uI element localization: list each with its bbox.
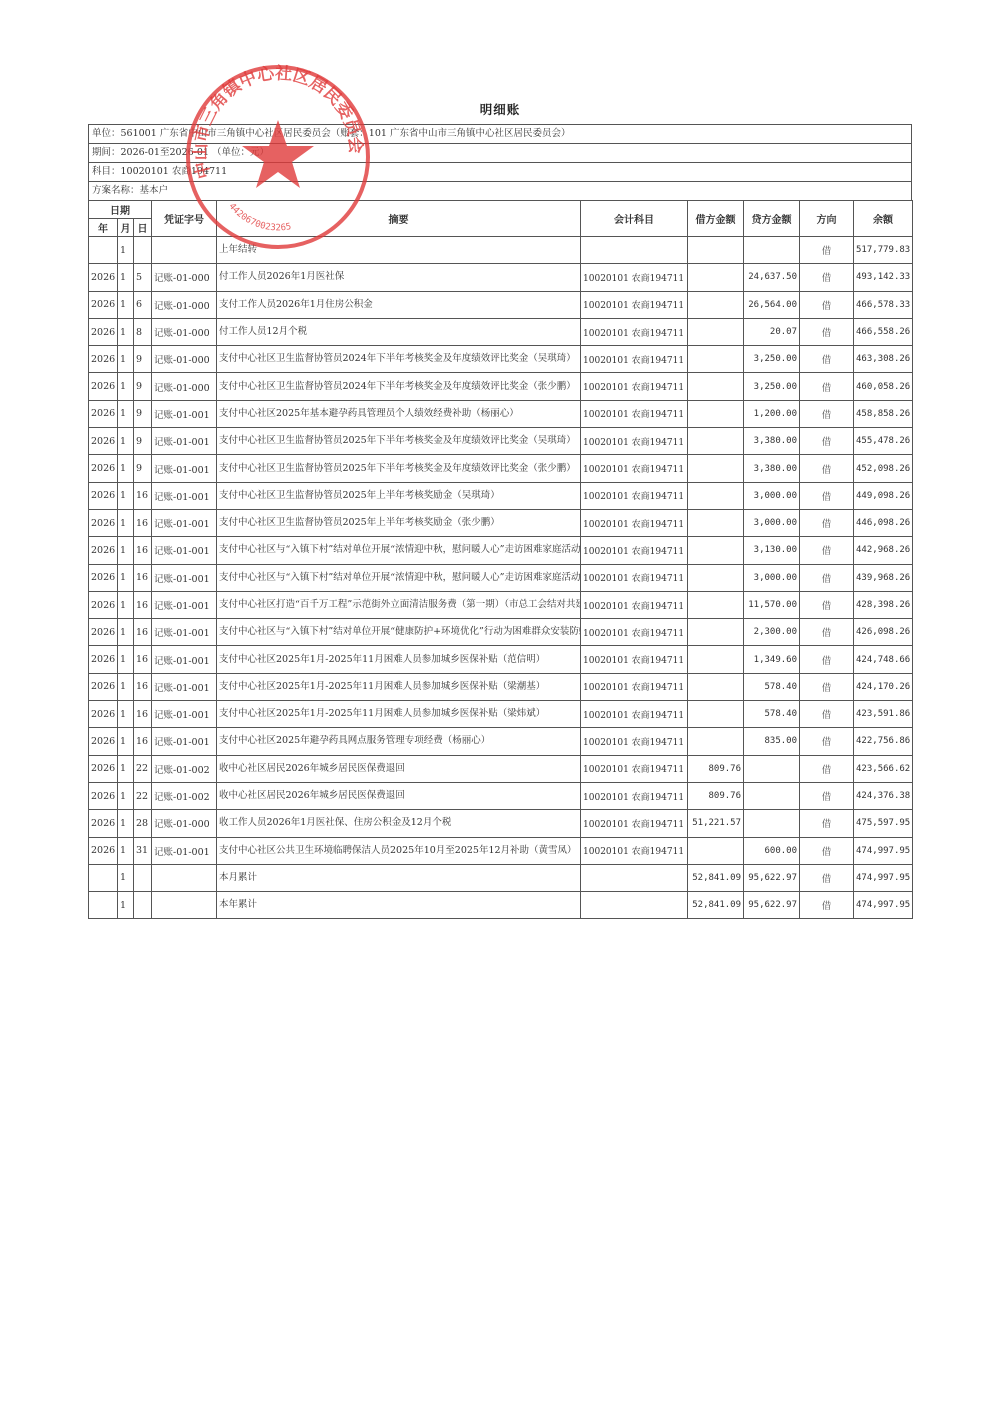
cell-day: 22 xyxy=(134,782,152,809)
cell-month: 1 xyxy=(118,509,134,536)
cell-balance: 439,968.26 xyxy=(854,564,913,591)
header-day: 日 xyxy=(134,219,152,237)
table-row: 202619记账-01-001支付中心社区卫生监督协管员2025年下半年考核奖金… xyxy=(89,455,913,482)
cell-credit: 3,250.00 xyxy=(744,373,800,400)
cell-direction: 借 xyxy=(800,864,854,891)
cell-day: 16 xyxy=(134,701,152,728)
cell-summary: 本月累计 xyxy=(217,864,581,891)
table-row: 2026116记账-01-001支付中心社区2025年1月-2025年11月困难… xyxy=(89,646,913,673)
header-date: 日期 xyxy=(89,201,152,219)
cell-day: 16 xyxy=(134,673,152,700)
cell-month: 1 xyxy=(118,346,134,373)
cell-day: 8 xyxy=(134,318,152,345)
cell-direction: 借 xyxy=(800,373,854,400)
header-summary: 摘要 xyxy=(217,201,581,237)
cell-direction: 借 xyxy=(800,673,854,700)
cell-month: 1 xyxy=(118,537,134,564)
cell-year xyxy=(89,864,118,891)
cell-credit: 2,300.00 xyxy=(744,619,800,646)
cell-day: 31 xyxy=(134,837,152,864)
cell-month: 1 xyxy=(118,646,134,673)
cell-credit: 95,622.97 xyxy=(744,892,800,919)
cell-month: 1 xyxy=(118,264,134,291)
cell-account: 10020101 农商194711 xyxy=(581,264,688,291)
cell-account: 10020101 农商194711 xyxy=(581,400,688,427)
unit-info: 单位：561001 广东省中山市三角镇中心社区居民委员会（账套：101 广东省中… xyxy=(88,124,912,143)
cell-account: 10020101 农商194711 xyxy=(581,728,688,755)
cell-debit: 809.76 xyxy=(688,755,744,782)
cell-credit: 578.40 xyxy=(744,701,800,728)
cell-year: 2026 xyxy=(89,837,118,864)
cell-month: 1 xyxy=(118,318,134,345)
cell-account: 10020101 农商194711 xyxy=(581,810,688,837)
cell-balance: 463,308.26 xyxy=(854,346,913,373)
cell-credit xyxy=(744,810,800,837)
cell-summary: 付工作人员12月个税 xyxy=(217,318,581,345)
cell-year: 2026 xyxy=(89,755,118,782)
header-year: 年 xyxy=(89,219,118,237)
table-row: 1本年累计52,841.0995,622.97借474,997.95 xyxy=(89,892,913,919)
cell-summary: 支付中心社区与“入镇下村”结对单位开展“浓情迎中秋，慰问暖人心”走访困难家庭活动… xyxy=(217,564,581,591)
cell-month: 1 xyxy=(118,755,134,782)
cell-month: 1 xyxy=(118,782,134,809)
cell-voucher: 记账-01-002 xyxy=(152,755,217,782)
cell-credit xyxy=(744,782,800,809)
cell-direction: 借 xyxy=(800,482,854,509)
cell-account: 10020101 农商194711 xyxy=(581,782,688,809)
header-balance: 余额 xyxy=(854,201,913,237)
cell-month: 1 xyxy=(118,591,134,618)
header-month: 月 xyxy=(118,219,134,237)
cell-balance: 517,779.83 xyxy=(854,237,913,264)
cell-day: 9 xyxy=(134,346,152,373)
cell-account: 10020101 农商194711 xyxy=(581,646,688,673)
cell-credit: 26,564.00 xyxy=(744,291,800,318)
cell-year: 2026 xyxy=(89,619,118,646)
table-row: 202619记账-01-000支付中心社区卫生监督协管员2024年下半年考核奖金… xyxy=(89,346,913,373)
cell-balance: 423,591.86 xyxy=(854,701,913,728)
cell-year: 2026 xyxy=(89,482,118,509)
cell-day xyxy=(134,892,152,919)
cell-month: 1 xyxy=(118,400,134,427)
table-row: 2026116记账-01-001支付中心社区与“入镇下村”结对单位开展“健康防护… xyxy=(89,619,913,646)
cell-direction: 借 xyxy=(800,564,854,591)
header-account: 会计科目 xyxy=(581,201,688,237)
cell-voucher: 记账-01-001 xyxy=(152,837,217,864)
cell-day: 16 xyxy=(134,646,152,673)
cell-direction: 借 xyxy=(800,755,854,782)
cell-account: 10020101 农商194711 xyxy=(581,564,688,591)
cell-summary: 支付中心社区2025年避孕药具网点服务管理专项经费（杨丽心） xyxy=(217,728,581,755)
ledger-table: 日期 凭证字号 摘要 会计科目 借方金额 贷方金额 方向 余额 年 月 日 1上… xyxy=(88,200,913,919)
cell-account: 10020101 农商194711 xyxy=(581,428,688,455)
cell-direction: 借 xyxy=(800,400,854,427)
cell-direction: 借 xyxy=(800,291,854,318)
cell-month: 1 xyxy=(118,673,134,700)
cell-day: 9 xyxy=(134,400,152,427)
cell-voucher: 记账-01-001 xyxy=(152,619,217,646)
cell-debit xyxy=(688,373,744,400)
cell-debit: 51,221.57 xyxy=(688,810,744,837)
cell-voucher: 记账-01-001 xyxy=(152,455,217,482)
cell-summary: 本年累计 xyxy=(217,892,581,919)
cell-debit xyxy=(688,673,744,700)
table-row: 2026116记账-01-001支付中心社区与“入镇下村”结对单位开展“浓情迎中… xyxy=(89,564,913,591)
cell-month: 1 xyxy=(118,291,134,318)
table-row: 1本月累计52,841.0995,622.97借474,997.95 xyxy=(89,864,913,891)
cell-account xyxy=(581,892,688,919)
cell-summary: 支付中心社区公共卫生环境临聘保洁人员2025年10月至2025年12月补助（黄雪… xyxy=(217,837,581,864)
cell-summary: 支付中心社区与“入镇下村”结对单位开展“浓情迎中秋，慰问暖人心”走访困难家庭活动… xyxy=(217,537,581,564)
cell-balance: 452,098.26 xyxy=(854,455,913,482)
cell-credit: 835.00 xyxy=(744,728,800,755)
cell-voucher: 记账-01-000 xyxy=(152,264,217,291)
cell-credit: 1,200.00 xyxy=(744,400,800,427)
cell-account: 10020101 农商194711 xyxy=(581,291,688,318)
header-voucher: 凭证字号 xyxy=(152,201,217,237)
cell-credit: 1,349.60 xyxy=(744,646,800,673)
cell-debit xyxy=(688,428,744,455)
cell-direction: 借 xyxy=(800,701,854,728)
cell-credit: 3,000.00 xyxy=(744,509,800,536)
cell-day: 6 xyxy=(134,291,152,318)
cell-debit xyxy=(688,264,744,291)
cell-credit: 3,130.00 xyxy=(744,537,800,564)
cell-day: 16 xyxy=(134,728,152,755)
cell-account: 10020101 农商194711 xyxy=(581,755,688,782)
cell-year: 2026 xyxy=(89,673,118,700)
table-row: 2026116记账-01-001支付中心社区2025年避孕药具网点服务管理专项经… xyxy=(89,728,913,755)
cell-direction: 借 xyxy=(800,318,854,345)
cell-direction: 借 xyxy=(800,782,854,809)
cell-balance: 424,170.26 xyxy=(854,673,913,700)
cell-direction: 借 xyxy=(800,646,854,673)
cell-debit xyxy=(688,837,744,864)
table-row: 2026116记账-01-001支付中心社区打造“百千万工程”示范街外立面清洁服… xyxy=(89,591,913,618)
ledger-sheet: 单位：561001 广东省中山市三角镇中心社区居民委员会（账套：101 广东省中… xyxy=(88,124,912,919)
cell-direction: 借 xyxy=(800,428,854,455)
header-direction: 方向 xyxy=(800,201,854,237)
cell-year: 2026 xyxy=(89,701,118,728)
header-credit: 贷方金额 xyxy=(744,201,800,237)
scheme-info: 方案名称：基本户 xyxy=(88,181,912,200)
cell-month: 1 xyxy=(118,455,134,482)
cell-debit xyxy=(688,728,744,755)
header-debit: 借方金额 xyxy=(688,201,744,237)
cell-summary: 支付中心社区卫生监督协管员2025年上半年考核奖励金（张少鹏） xyxy=(217,509,581,536)
cell-year: 2026 xyxy=(89,346,118,373)
cell-year: 2026 xyxy=(89,291,118,318)
cell-balance: 449,098.26 xyxy=(854,482,913,509)
cell-account: 10020101 农商194711 xyxy=(581,837,688,864)
cell-balance: 460,058.26 xyxy=(854,373,913,400)
cell-balance: 426,098.26 xyxy=(854,619,913,646)
subject-info: 科目：10020101 农商194711 xyxy=(88,162,912,181)
cell-day: 28 xyxy=(134,810,152,837)
cell-balance: 493,142.33 xyxy=(854,264,913,291)
cell-voucher: 记账-01-001 xyxy=(152,591,217,618)
cell-debit xyxy=(688,619,744,646)
cell-account xyxy=(581,237,688,264)
table-row: 2026116记账-01-001支付中心社区卫生监督协管员2025年上半年考核奖… xyxy=(89,482,913,509)
cell-balance: 446,098.26 xyxy=(854,509,913,536)
cell-debit xyxy=(688,291,744,318)
cell-year: 2026 xyxy=(89,509,118,536)
cell-debit: 52,841.09 xyxy=(688,864,744,891)
cell-voucher: 记账-01-001 xyxy=(152,509,217,536)
cell-day xyxy=(134,864,152,891)
cell-voucher: 记账-01-001 xyxy=(152,673,217,700)
cell-voucher: 记账-01-000 xyxy=(152,810,217,837)
cell-account: 10020101 农商194711 xyxy=(581,373,688,400)
cell-account: 10020101 农商194711 xyxy=(581,509,688,536)
cell-account: 10020101 农商194711 xyxy=(581,455,688,482)
cell-debit xyxy=(688,509,744,536)
cell-summary: 支付中心社区卫生监督协管员2024年下半年考核奖金及年度绩效评比奖金（张少鹏） xyxy=(217,373,581,400)
cell-day: 16 xyxy=(134,564,152,591)
cell-debit xyxy=(688,455,744,482)
cell-year: 2026 xyxy=(89,537,118,564)
cell-day: 16 xyxy=(134,591,152,618)
cell-debit xyxy=(688,646,744,673)
cell-year xyxy=(89,892,118,919)
cell-month: 1 xyxy=(118,619,134,646)
cell-year: 2026 xyxy=(89,564,118,591)
cell-voucher: 记账-01-001 xyxy=(152,482,217,509)
cell-summary: 支付中心社区卫生监督协管员2025年下半年考核奖金及年度绩效评比奖金（张少鹏） xyxy=(217,455,581,482)
cell-balance: 455,478.26 xyxy=(854,428,913,455)
cell-month: 1 xyxy=(118,564,134,591)
cell-debit xyxy=(688,346,744,373)
cell-balance: 424,376.38 xyxy=(854,782,913,809)
cell-year: 2026 xyxy=(89,455,118,482)
table-row: 2026116记账-01-001支付中心社区卫生监督协管员2025年上半年考核奖… xyxy=(89,509,913,536)
table-row: 2026131记账-01-001支付中心社区公共卫生环境临聘保洁人员2025年1… xyxy=(89,837,913,864)
cell-voucher: 记账-01-001 xyxy=(152,537,217,564)
cell-direction: 借 xyxy=(800,837,854,864)
cell-voucher: 记账-01-001 xyxy=(152,646,217,673)
cell-balance: 474,997.95 xyxy=(854,864,913,891)
period-info: 期间：2026-01至2026-01 （单位：元） xyxy=(88,143,912,162)
cell-debit xyxy=(688,701,744,728)
cell-balance: 466,578.33 xyxy=(854,291,913,318)
cell-month: 1 xyxy=(118,373,134,400)
table-row: 2026116记账-01-001支付中心社区2025年1月-2025年11月困难… xyxy=(89,673,913,700)
cell-voucher: 记账-01-000 xyxy=(152,346,217,373)
cell-credit: 578.40 xyxy=(744,673,800,700)
cell-month: 1 xyxy=(118,810,134,837)
cell-year: 2026 xyxy=(89,591,118,618)
cell-summary: 支付中心社区打造“百千万工程”示范街外立面清洁服务费（第一期）（市总工会结对共建… xyxy=(217,591,581,618)
cell-day: 16 xyxy=(134,537,152,564)
cell-debit xyxy=(688,237,744,264)
cell-credit: 24,637.50 xyxy=(744,264,800,291)
cell-voucher: 记账-01-000 xyxy=(152,291,217,318)
cell-direction: 借 xyxy=(800,346,854,373)
table-row: 202619记账-01-001支付中心社区卫生监督协管员2025年下半年考核奖金… xyxy=(89,428,913,455)
table-row: 2026116记账-01-001支付中心社区与“入镇下村”结对单位开展“浓情迎中… xyxy=(89,537,913,564)
cell-balance: 428,398.26 xyxy=(854,591,913,618)
ledger-body: 1上年结转借517,779.83202615记账-01-000付工作人员2026… xyxy=(89,237,913,919)
cell-credit: 600.00 xyxy=(744,837,800,864)
cell-direction: 借 xyxy=(800,810,854,837)
cell-voucher: 记账-01-001 xyxy=(152,564,217,591)
cell-summary: 收中心社区居民2026年城乡居民医保费退回 xyxy=(217,755,581,782)
cell-day: 9 xyxy=(134,373,152,400)
cell-year: 2026 xyxy=(89,373,118,400)
cell-balance: 458,858.26 xyxy=(854,400,913,427)
cell-direction: 借 xyxy=(800,455,854,482)
cell-direction: 借 xyxy=(800,591,854,618)
cell-direction: 借 xyxy=(800,892,854,919)
cell-summary: 支付中心社区卫生监督协管员2025年下半年考核奖金及年度绩效评比奖金（吴琪琦） xyxy=(217,428,581,455)
cell-credit: 11,570.00 xyxy=(744,591,800,618)
cell-account: 10020101 农商194711 xyxy=(581,318,688,345)
table-row: 2026116记账-01-001支付中心社区2025年1月-2025年11月困难… xyxy=(89,701,913,728)
cell-day: 9 xyxy=(134,428,152,455)
cell-account: 10020101 农商194711 xyxy=(581,701,688,728)
cell-balance: 442,968.26 xyxy=(854,537,913,564)
cell-balance: 423,566.62 xyxy=(854,755,913,782)
cell-month: 1 xyxy=(118,701,134,728)
cell-debit xyxy=(688,564,744,591)
cell-voucher xyxy=(152,864,217,891)
cell-month: 1 xyxy=(118,237,134,264)
cell-direction: 借 xyxy=(800,264,854,291)
cell-year: 2026 xyxy=(89,318,118,345)
cell-day xyxy=(134,237,152,264)
cell-day: 9 xyxy=(134,455,152,482)
table-row: 2026122记账-01-002收中心社区居民2026年城乡居民医保费退回100… xyxy=(89,755,913,782)
cell-credit: 3,380.00 xyxy=(744,428,800,455)
cell-month: 1 xyxy=(118,482,134,509)
table-row: 202618记账-01-000付工作人员12月个税10020101 农商1947… xyxy=(89,318,913,345)
cell-day: 16 xyxy=(134,482,152,509)
cell-voucher: 记账-01-001 xyxy=(152,428,217,455)
table-row: 1上年结转借517,779.83 xyxy=(89,237,913,264)
cell-debit xyxy=(688,482,744,509)
cell-voucher: 记账-01-001 xyxy=(152,728,217,755)
cell-summary: 支付中心社区卫生监督协管员2025年上半年考核奖励金（吴琪琦） xyxy=(217,482,581,509)
cell-year: 2026 xyxy=(89,428,118,455)
cell-voucher: 记账-01-000 xyxy=(152,318,217,345)
cell-balance: 475,597.95 xyxy=(854,810,913,837)
cell-credit: 3,000.00 xyxy=(744,482,800,509)
cell-balance: 474,997.95 xyxy=(854,892,913,919)
cell-voucher: 记账-01-001 xyxy=(152,400,217,427)
cell-summary: 支付中心社区2025年1月-2025年11月困难人员参加城乡医保补贴（梁炜斌） xyxy=(217,701,581,728)
cell-voucher xyxy=(152,237,217,264)
cell-day: 16 xyxy=(134,509,152,536)
cell-month: 1 xyxy=(118,837,134,864)
cell-credit xyxy=(744,237,800,264)
cell-account: 10020101 农商194711 xyxy=(581,537,688,564)
ledger-title: 明细账 xyxy=(0,100,1000,118)
cell-year: 2026 xyxy=(89,810,118,837)
cell-summary: 支付中心社区2025年1月-2025年11月困难人员参加城乡医保补贴（范信明） xyxy=(217,646,581,673)
cell-voucher: 记账-01-001 xyxy=(152,701,217,728)
cell-voucher: 记账-01-002 xyxy=(152,782,217,809)
cell-day: 5 xyxy=(134,264,152,291)
cell-voucher: 记账-01-000 xyxy=(152,373,217,400)
cell-summary: 收中心社区居民2026年城乡居民医保费退回 xyxy=(217,782,581,809)
cell-month: 1 xyxy=(118,864,134,891)
cell-credit: 20.07 xyxy=(744,318,800,345)
cell-debit xyxy=(688,591,744,618)
cell-account xyxy=(581,864,688,891)
cell-summary: 支付中心社区卫生监督协管员2024年下半年考核奖金及年度绩效评比奖金（吴琪琦） xyxy=(217,346,581,373)
cell-month: 1 xyxy=(118,728,134,755)
cell-debit: 809.76 xyxy=(688,782,744,809)
cell-direction: 借 xyxy=(800,509,854,536)
table-row: 202616记账-01-000支付工作人员2026年1月住房公积金1002010… xyxy=(89,291,913,318)
cell-account: 10020101 农商194711 xyxy=(581,482,688,509)
cell-balance: 424,748.66 xyxy=(854,646,913,673)
cell-account: 10020101 农商194711 xyxy=(581,346,688,373)
cell-month: 1 xyxy=(118,892,134,919)
table-row: 202619记账-01-001支付中心社区2025年基本避孕药具管理员个人绩效经… xyxy=(89,400,913,427)
cell-direction: 借 xyxy=(800,537,854,564)
cell-day: 22 xyxy=(134,755,152,782)
table-row: 202619记账-01-000支付中心社区卫生监督协管员2024年下半年考核奖金… xyxy=(89,373,913,400)
cell-year: 2026 xyxy=(89,728,118,755)
cell-day: 16 xyxy=(134,619,152,646)
table-row: 202615记账-01-000付工作人员2026年1月医社保10020101 农… xyxy=(89,264,913,291)
table-row: 2026128记账-01-000收工作人员2026年1月医社保、住房公积金及12… xyxy=(89,810,913,837)
cell-direction: 借 xyxy=(800,728,854,755)
cell-debit xyxy=(688,537,744,564)
cell-summary: 支付中心社区2025年1月-2025年11月困难人员参加城乡医保补贴（梁潮基） xyxy=(217,673,581,700)
cell-year: 2026 xyxy=(89,400,118,427)
cell-credit: 3,380.00 xyxy=(744,455,800,482)
cell-direction: 借 xyxy=(800,619,854,646)
cell-direction: 借 xyxy=(800,237,854,264)
cell-summary: 付工作人员2026年1月医社保 xyxy=(217,264,581,291)
cell-balance: 466,558.26 xyxy=(854,318,913,345)
cell-month: 1 xyxy=(118,428,134,455)
cell-summary: 支付中心社区2025年基本避孕药具管理员个人绩效经费补助（杨丽心） xyxy=(217,400,581,427)
cell-voucher xyxy=(152,892,217,919)
cell-account: 10020101 农商194711 xyxy=(581,591,688,618)
cell-credit xyxy=(744,755,800,782)
cell-year: 2026 xyxy=(89,782,118,809)
cell-balance: 474,997.95 xyxy=(854,837,913,864)
cell-debit: 52,841.09 xyxy=(688,892,744,919)
cell-credit: 3,000.00 xyxy=(744,564,800,591)
cell-debit xyxy=(688,400,744,427)
cell-credit: 3,250.00 xyxy=(744,346,800,373)
cell-summary: 支付工作人员2026年1月住房公积金 xyxy=(217,291,581,318)
cell-year: 2026 xyxy=(89,646,118,673)
cell-balance: 422,756.86 xyxy=(854,728,913,755)
cell-debit xyxy=(688,318,744,345)
cell-summary: 支付中心社区与“入镇下村”结对单位开展“健康防护+环境优化”行动为困难群众安装防… xyxy=(217,619,581,646)
cell-credit: 95,622.97 xyxy=(744,864,800,891)
table-row: 2026122记账-01-002收中心社区居民2026年城乡居民医保费退回100… xyxy=(89,782,913,809)
cell-account: 10020101 农商194711 xyxy=(581,673,688,700)
cell-account: 10020101 农商194711 xyxy=(581,619,688,646)
cell-summary: 收工作人员2026年1月医社保、住房公积金及12月个税 xyxy=(217,810,581,837)
cell-summary: 上年结转 xyxy=(217,237,581,264)
cell-year xyxy=(89,237,118,264)
cell-year: 2026 xyxy=(89,264,118,291)
